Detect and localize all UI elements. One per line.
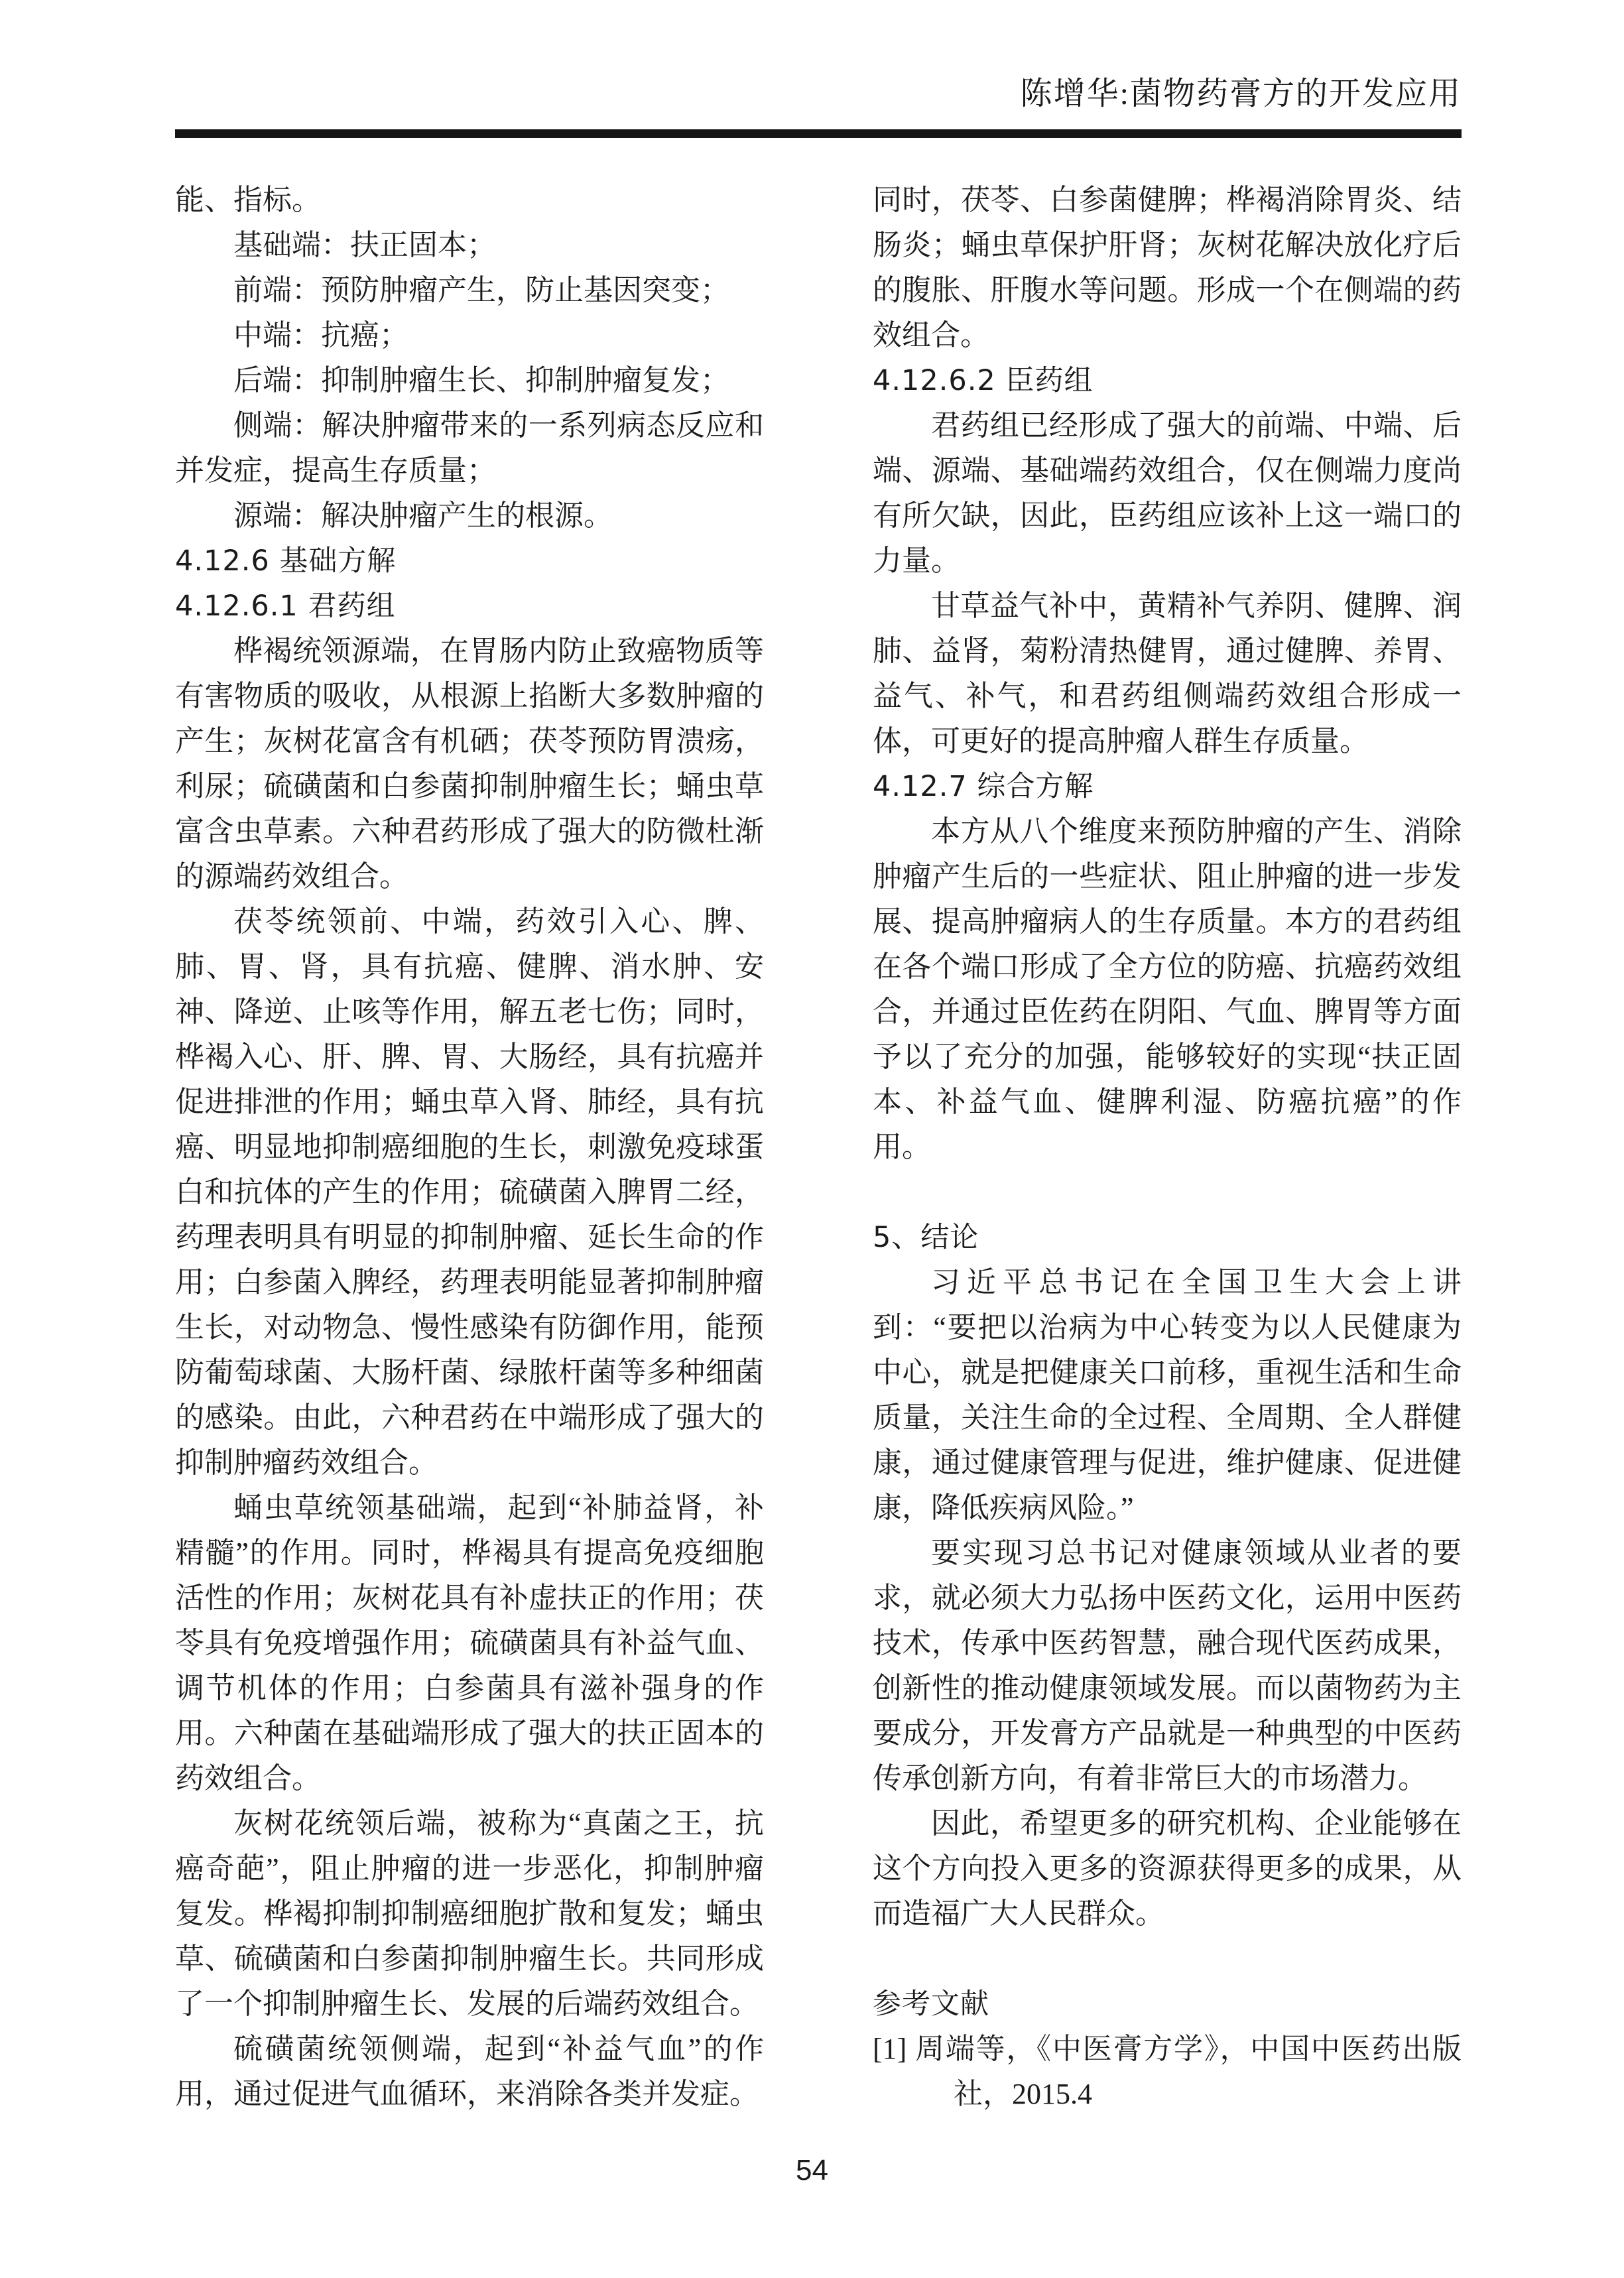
page-number: 54: [0, 2154, 1624, 2187]
spacer: [873, 1170, 1462, 1215]
section-heading: 4.12.6 基础方解: [175, 538, 764, 584]
paragraph: 同时，茯苓、白参菌健脾；桦褐消除胃炎、结肠炎；蛹虫草保护肝肾；灰树花解决放化疗后…: [873, 178, 1462, 358]
paragraph: 能、指标。: [175, 178, 764, 223]
section-heading: 5、结论: [873, 1215, 1462, 1260]
document-page: 陈增华:菌物药膏方的开发应用 能、指标。基础端：扶正固本；前端：预防肿瘤产生，防…: [0, 0, 1624, 2278]
paragraph: 要实现习总书记对健康领域从业者的要求，就必须大力弘扬中医药文化，运用中医药技术，…: [873, 1531, 1462, 1801]
section-heading: 4.12.6.1 君药组: [175, 584, 764, 629]
paragraph: 基础端：扶正固本；: [175, 223, 764, 268]
paragraph: 源端：解决肿瘤产生的根源。: [175, 493, 764, 538]
paragraph: 甘草益气补中，黄精补气养阴、健脾、润肺、益肾，菊粉清热健胃，通过健脾、养胃、益气…: [873, 584, 1462, 764]
section-heading: 参考文献: [873, 1982, 1462, 2027]
paragraph: 君药组已经形成了强大的前端、中端、后端、源端、基础端药效组合，仅在侧端力度尚有所…: [873, 403, 1462, 584]
paragraph: 因此，希望更多的研究机构、企业能够在这个方向投入更多的资源获得更多的成果，从而造…: [873, 1801, 1462, 1936]
paragraph: 后端：抑制肿瘤生长、抑制肿瘤复发；: [175, 358, 764, 403]
paragraph: 硫磺菌统领侧端，起到“补益气血”的作用，通过促进气血循环，来消除各类并发症。: [175, 2027, 764, 2117]
paragraph: 灰树花统领后端，被称为“真菌之王，抗癌奇葩”，阻止肿瘤的进一步恶化，抑制肿瘤复发…: [175, 1801, 764, 2027]
left-column: 能、指标。基础端：扶正固本；前端：预防肿瘤产生，防止基因突变；中端：抗癌；后端：…: [175, 178, 764, 2117]
paragraph: 本方从八个维度来预防肿瘤的产生、消除肿瘤产生后的一些症状、阻止肿瘤的进一步发展、…: [873, 809, 1462, 1170]
right-column: 同时，茯苓、白参菌健脾；桦褐消除胃炎、结肠炎；蛹虫草保护肝肾；灰树花解决放化疗后…: [873, 178, 1462, 2117]
paragraph: 中端：抗癌；: [175, 313, 764, 358]
reference-item: [1] 周端等，《中医膏方学》，中国中医药出版社，2015.4: [873, 2027, 1462, 2117]
spacer: [873, 1936, 1462, 1982]
paragraph: 习近平总书记在全国卫生大会上讲到：“要把以治病为中心转变为以人民健康为中心，就是…: [873, 1260, 1462, 1531]
header-rule: [175, 129, 1462, 138]
section-heading: 4.12.7 综合方解: [873, 764, 1462, 809]
paragraph: 茯苓统领前、中端，药效引入心、脾、肺、胃、肾，具有抗癌、健脾、消水肿、安神、降逆…: [175, 899, 764, 1486]
paragraph: 侧端：解决肿瘤带来的一系列病态反应和并发症，提高生存质量；: [175, 403, 764, 493]
paragraph: 蛹虫草统领基础端，起到“补肺益肾，补精髓”的作用。同时，桦褐具有提高免疫细胞活性…: [175, 1486, 764, 1801]
paragraph: 桦褐统领源端，在胃肠内防止致癌物质等有害物质的吸收，从根源上掐断大多数肿瘤的产生…: [175, 629, 764, 899]
section-heading: 4.12.6.2 臣药组: [873, 358, 1462, 403]
running-header-title: 陈增华:菌物药膏方的开发应用: [1021, 72, 1462, 117]
paragraph: 前端：预防肿瘤产生，防止基因突变；: [175, 268, 764, 313]
